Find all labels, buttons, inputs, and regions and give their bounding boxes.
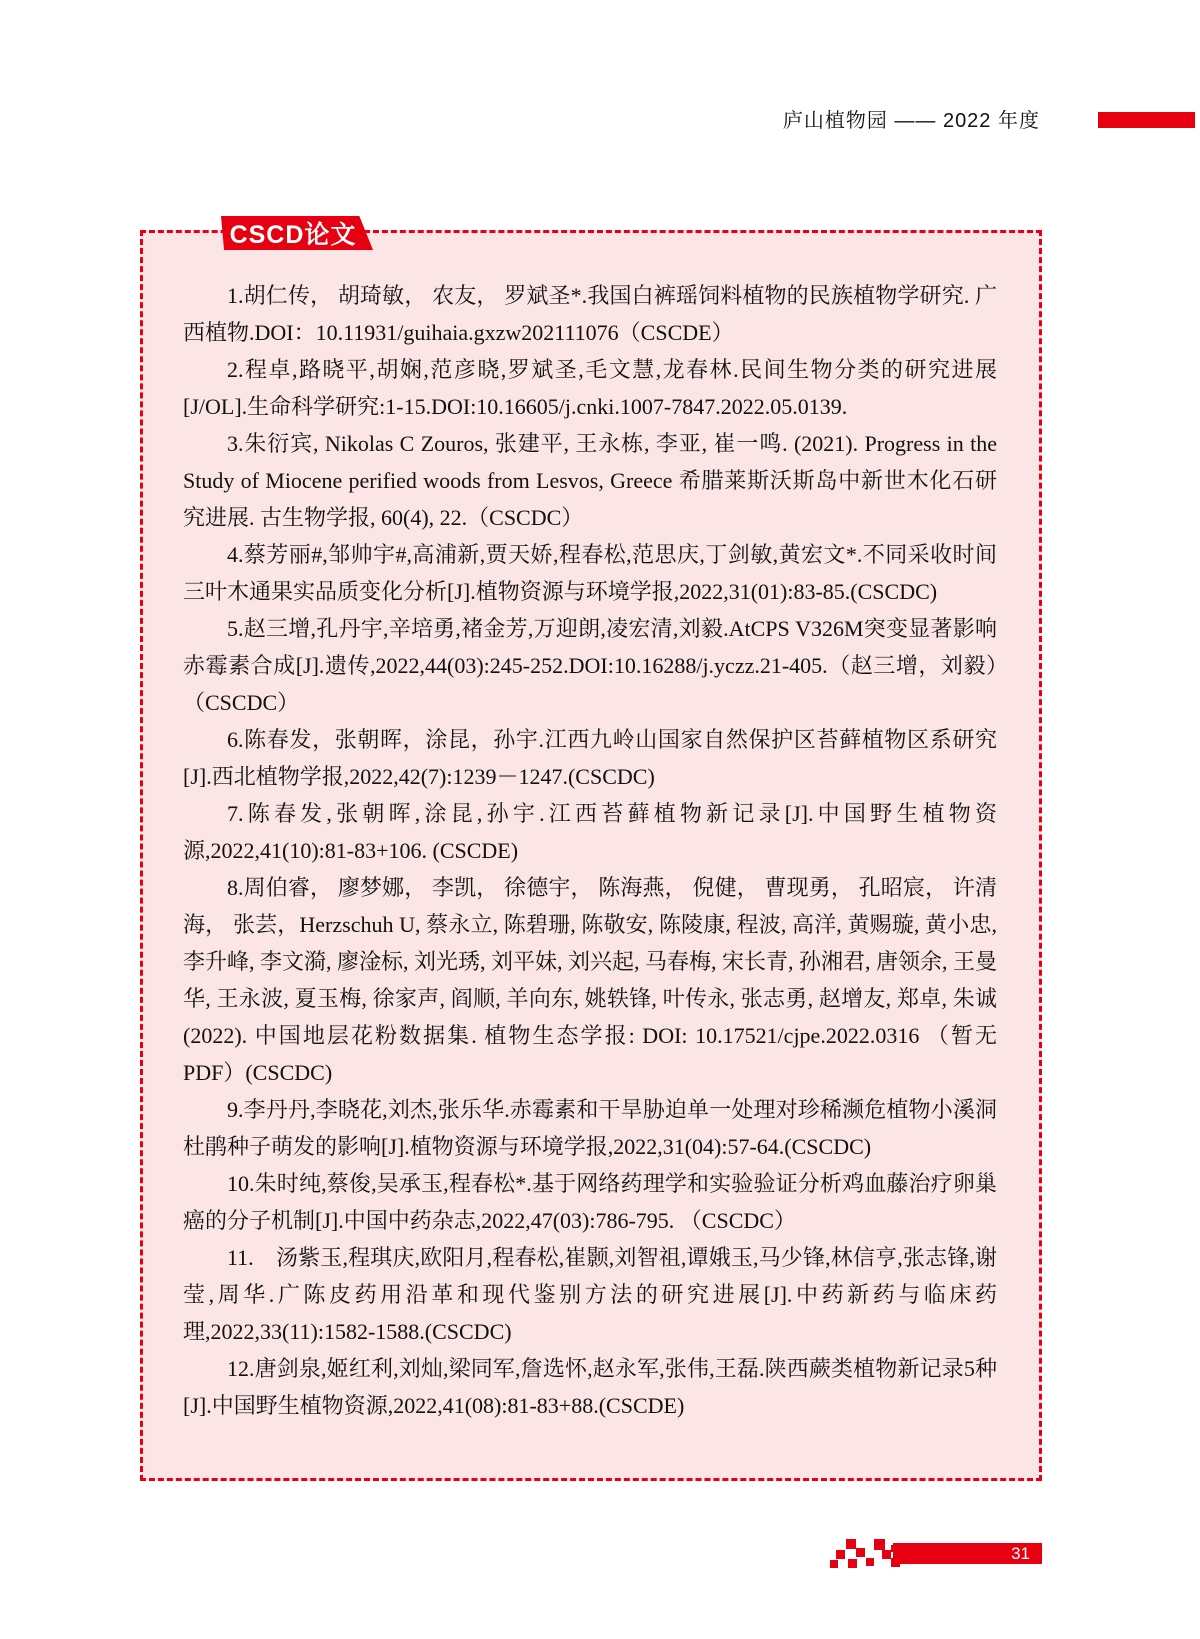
reference-item: 4.蔡芳丽#,邹帅宇#,高浦新,贾天娇,程春松,范思庆,丁剑敏,黄宏文*.不同采… (183, 536, 997, 610)
reference-list: 1.胡仁传， 胡琦敏， 农友， 罗斌圣*.我国白裤瑶饲料植物的民族植物学研究. … (183, 277, 997, 1424)
reference-item: 12.唐剑泉,姬红利,刘灿,梁同军,詹选怀,赵永军,张伟,王磊.陕西蕨类植物新记… (183, 1350, 997, 1424)
reference-item: 8.周伯睿， 廖梦娜， 李凯， 徐德宇， 陈海燕， 倪健， 曹现勇， 孔昭宸， … (183, 869, 997, 1091)
reference-item: 6.陈春发，张朝晖，涂昆，孙宇.江西九岭山国家自然保护区苔藓植物区系研究[J].… (183, 721, 997, 795)
page-footer: 31 (800, 1537, 1042, 1569)
reference-item: 3.朱衍宾, Nikolas C Zouros, 张建平, 王永栋, 李亚, 崔… (183, 425, 997, 536)
running-header: 庐山植物园 —— 2022 年度 (0, 104, 1040, 133)
header-accent-bar (1098, 112, 1195, 128)
reference-item: 2.程卓,路晓平,胡娴,范彦晓,罗斌圣,毛文慧,龙春林.民间生物分类的研究进展[… (183, 351, 997, 425)
section-title-banner: CSCD论文 (221, 216, 373, 250)
reference-item: 10.朱时纯,蔡俊,吴承玉,程春松*.基于网络药理学和实验验证分析鸡血藤治疗卵巢… (183, 1165, 997, 1239)
reference-item: 7.陈春发,张朝晖,涂昆,孙宇.江西苔藓植物新记录[J].中国野生植物资源,20… (183, 795, 997, 869)
reference-item: 9.李丹丹,李晓花,刘杰,张乐华.赤霉素和干旱胁迫单一处理对珍稀濒危植物小溪洞杜… (183, 1091, 997, 1165)
page-number: 31 (1011, 1544, 1030, 1564)
pixel-checker-icon (830, 1539, 900, 1569)
reference-item: 5.赵三增,孔丹宇,辛培勇,褚金芳,万迎朗,凌宏清,刘毅.AtCPS V326M… (183, 610, 997, 721)
reference-item: 11. 汤紫玉,程琪庆,欧阳月,程春松,崔颢,刘智祖,谭娥玉,马少锋,林信亨,张… (183, 1239, 997, 1350)
document-page: 庐山植物园 —— 2022 年度 CSCD论文 1.胡仁传， 胡琦敏， 农友， … (0, 0, 1200, 1639)
reference-item: 1.胡仁传， 胡琦敏， 农友， 罗斌圣*.我国白裤瑶饲料植物的民族植物学研究. … (183, 277, 997, 351)
section-title: CSCD论文 (230, 215, 365, 251)
cscd-papers-panel: CSCD论文 1.胡仁传， 胡琦敏， 农友， 罗斌圣*.我国白裤瑶饲料植物的民族… (140, 230, 1042, 1481)
page-number-bar: 31 (893, 1543, 1042, 1564)
